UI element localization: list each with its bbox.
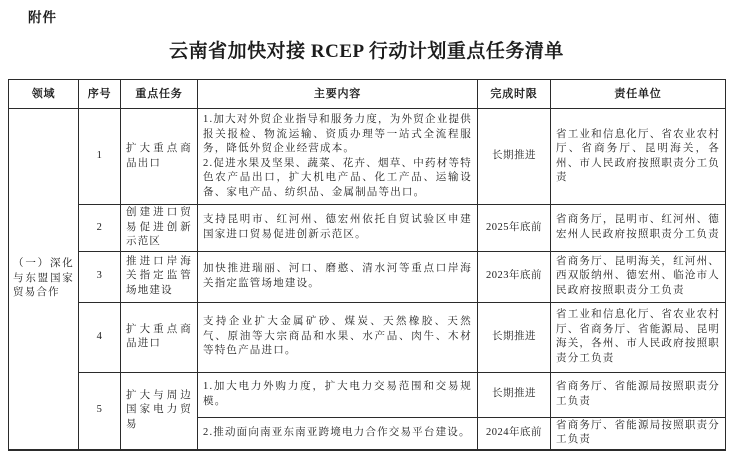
- owner-cell: 省商务厅、昆明海关，红河州、西双版纳州、德宏州、临沧市人民政府按照职责分工负责: [551, 251, 726, 302]
- domain-cell: （一）深化与东盟国家贸易合作: [9, 109, 79, 450]
- attachment-label: 附件: [28, 6, 57, 26]
- owner-cell: 省商务厅、省能源局按照职责分工负责: [551, 372, 726, 417]
- deadline-cell: 长期推进: [478, 302, 551, 372]
- owner-cell: 省商务厅，昆明市、红河州、德宏州人民政府按照职责分工负责: [551, 205, 726, 252]
- content-cell: 支持企业扩大金属矿砂、煤炭、天然橡胶、天然气、原油等大宗商品和水果、水产品、肉牛…: [198, 302, 478, 372]
- table-header-row: 领域 序号 重点任务 主要内容 完成时限 责任单位: [9, 80, 726, 109]
- task-cell: 扩大重点商品出口: [121, 109, 198, 205]
- table-row: 3 推进口岸海关指定监管场地建设 加快推进瑞丽、河口、磨憨、清水河等重点口岸海关…: [9, 251, 726, 302]
- number-cell: 1: [79, 109, 121, 205]
- content-cell: 1.加大电力外购力度，扩大电力交易范围和交易规模。: [198, 372, 478, 417]
- deadline-cell: 2025年底前: [478, 205, 551, 252]
- task-cell: 扩大与周边国家电力贸易: [121, 372, 198, 450]
- header-cell-deadline: 完成时限: [478, 80, 551, 109]
- page-title: 云南省加快对接 RCEP 行动计划重点任务清单: [0, 36, 733, 63]
- number-cell: 4: [79, 302, 121, 372]
- content-cell: 支持昆明市、红河州、德宏州依托自贸试验区申建国家进口贸易促进创新示范区。: [198, 205, 478, 252]
- header-cell-number: 序号: [79, 80, 121, 109]
- task-table: 领域 序号 重点任务 主要内容 完成时限 责任单位 （一）深化与东盟国家贸易合作…: [8, 79, 726, 451]
- task-cell: 创建进口贸易促进创新示范区: [121, 205, 198, 252]
- task-cell: 推进口岸海关指定监管场地建设: [121, 251, 198, 302]
- number-cell: 3: [79, 251, 121, 302]
- header-cell-content: 主要内容: [198, 80, 478, 109]
- task-cell: 扩大重点商品进口: [121, 302, 198, 372]
- content-cell: 加快推进瑞丽、河口、磨憨、清水河等重点口岸海关指定监管场地建设。: [198, 251, 478, 302]
- header-cell-domain: 领域: [9, 80, 79, 109]
- header-cell-owner: 责任单位: [551, 80, 726, 109]
- table-row: 2 创建进口贸易促进创新示范区 支持昆明市、红河州、德宏州依托自贸试验区申建国家…: [9, 205, 726, 252]
- table-row: 5 扩大与周边国家电力贸易 1.加大电力外购力度，扩大电力交易范围和交易规模。 …: [9, 372, 726, 417]
- number-cell: 2: [79, 205, 121, 252]
- number-cell: 5: [79, 372, 121, 450]
- owner-cell: 省工业和信息化厅、省农业农村厅、省商务厅、昆明海关，各州、市人民政府按照职责分工…: [551, 109, 726, 205]
- owner-cell: 省工业和信息化厅、省农业农村厅、省商务厅、省能源局、昆明海关，各州、市人民政府按…: [551, 302, 726, 372]
- deadline-cell: 2023年底前: [478, 251, 551, 302]
- table-row: 4 扩大重点商品进口 支持企业扩大金属矿砂、煤炭、天然橡胶、天然气、原油等大宗商…: [9, 302, 726, 372]
- table-row: （一）深化与东盟国家贸易合作 1 扩大重点商品出口 1.加大对外贸企业指导和服务…: [9, 109, 726, 205]
- deadline-cell: 2024年底前: [478, 417, 551, 450]
- header-cell-task: 重点任务: [121, 80, 198, 109]
- content-cell: 1.加大对外贸企业指导和服务力度，为外贸企业提供报关报检、物流运输、资质办理等一…: [198, 109, 478, 205]
- deadline-cell: 长期推进: [478, 372, 551, 417]
- content-cell: 2.推动面向南亚东南亚跨境电力合作交易平台建设。: [198, 417, 478, 450]
- deadline-cell: 长期推进: [478, 109, 551, 205]
- owner-cell: 省商务厅、省能源局按照职责分工负责: [551, 417, 726, 450]
- document-page: 附件 云南省加快对接 RCEP 行动计划重点任务清单 领域 序号 重点任务 主要…: [0, 0, 733, 459]
